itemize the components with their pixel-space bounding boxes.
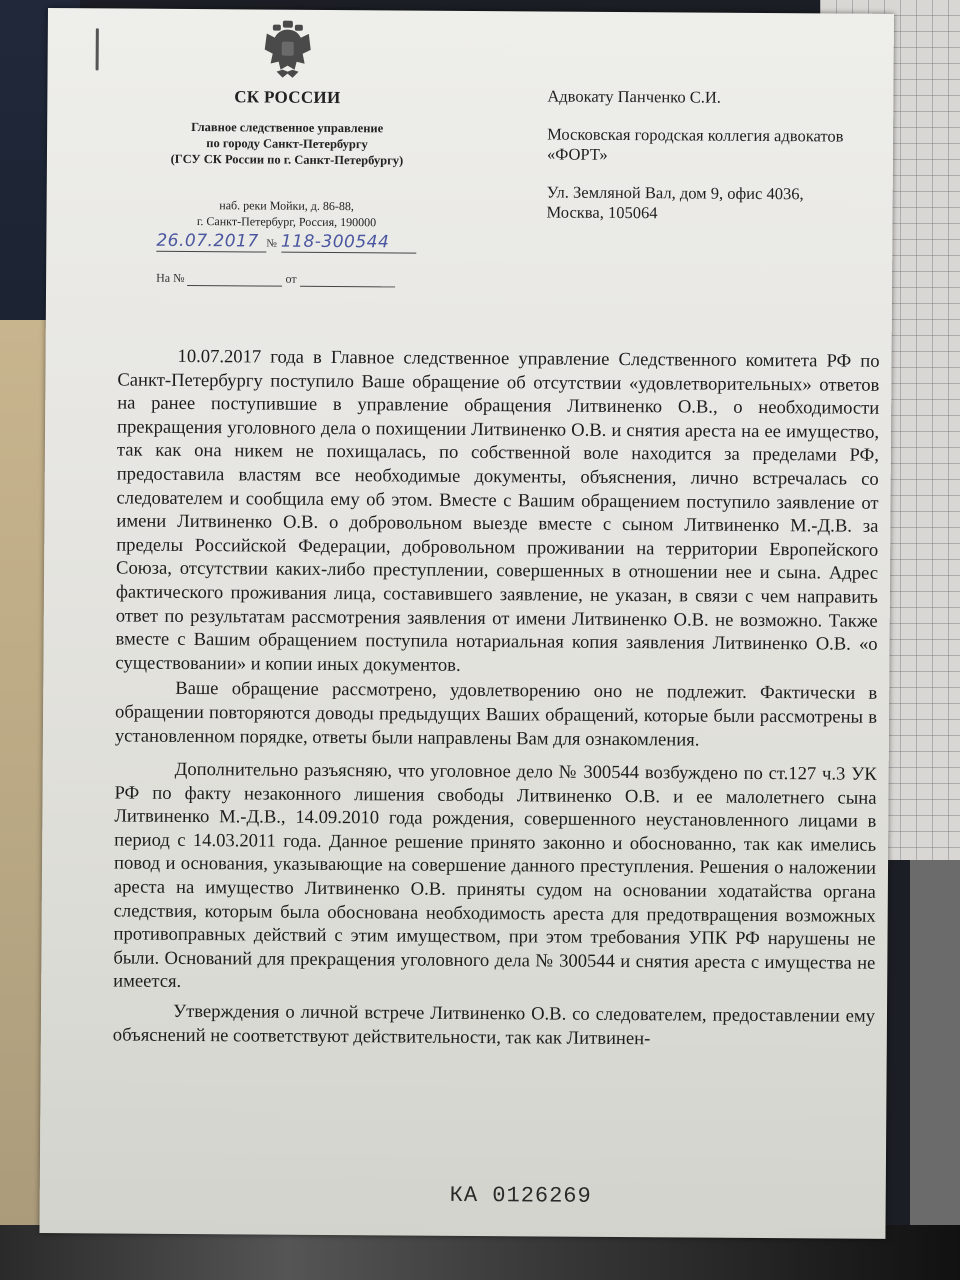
org-full-name: Главное следственное управление по город… bbox=[127, 119, 447, 169]
registration-number: 118-300544 bbox=[281, 232, 416, 254]
body-paragraph: Дополнительно разъясняю, что уголовное д… bbox=[113, 758, 877, 999]
registration-line: 26.07.2017№ 118-300544 bbox=[156, 231, 436, 259]
number-label: № bbox=[266, 238, 277, 250]
reference-line: На № от bbox=[156, 271, 446, 288]
recipient-address: Ул. Земляной Вал, дом 9, офис 4036, Моск… bbox=[547, 182, 847, 224]
form-serial-number: КА 0126269 bbox=[450, 1183, 592, 1209]
body-paragraph: 10.07.2017 года в Главное следственное у… bbox=[115, 344, 879, 680]
body-paragraph: Утверждения о личной встрече Литвиненко … bbox=[113, 1000, 875, 1053]
reference-from-label: от bbox=[286, 272, 297, 286]
recipient-organization: Московская городская коллегия адвокатов … bbox=[547, 124, 847, 166]
recipient-block: Адвокату Панченко С.И. Московская городс… bbox=[546, 86, 847, 242]
letter-body: 10.07.2017 года в Главное следственное у… bbox=[113, 344, 880, 1052]
org-short-name: СК РОССИИ bbox=[127, 87, 447, 109]
reference-no-blank bbox=[188, 273, 283, 287]
coat-of-arms-icon bbox=[262, 20, 312, 82]
reference-no-label: На № bbox=[156, 271, 185, 285]
body-paragraph: Ваше обращение рассмотрено, удовлетворен… bbox=[115, 677, 877, 753]
reference-from-blank bbox=[300, 274, 395, 288]
address-line: г. Санкт-Петербург, Россия, 190000 bbox=[126, 213, 446, 231]
registration-date: 26.07.2017 bbox=[156, 231, 266, 253]
org-address: наб. реки Мойки, д. 86-88, г. Санкт-Пете… bbox=[126, 197, 446, 231]
recipient-name: Адвокату Панченко С.И. bbox=[547, 86, 847, 108]
background-object bbox=[910, 860, 960, 1240]
letter-page: СК РОССИИ Главное следственное управлени… bbox=[39, 8, 894, 1239]
staple-mark bbox=[96, 28, 99, 70]
letterhead: СК РОССИИ Главное следственное управлени… bbox=[126, 9, 448, 288]
org-line: (ГСУ СК России по г. Санкт-Петербургу) bbox=[127, 151, 447, 169]
